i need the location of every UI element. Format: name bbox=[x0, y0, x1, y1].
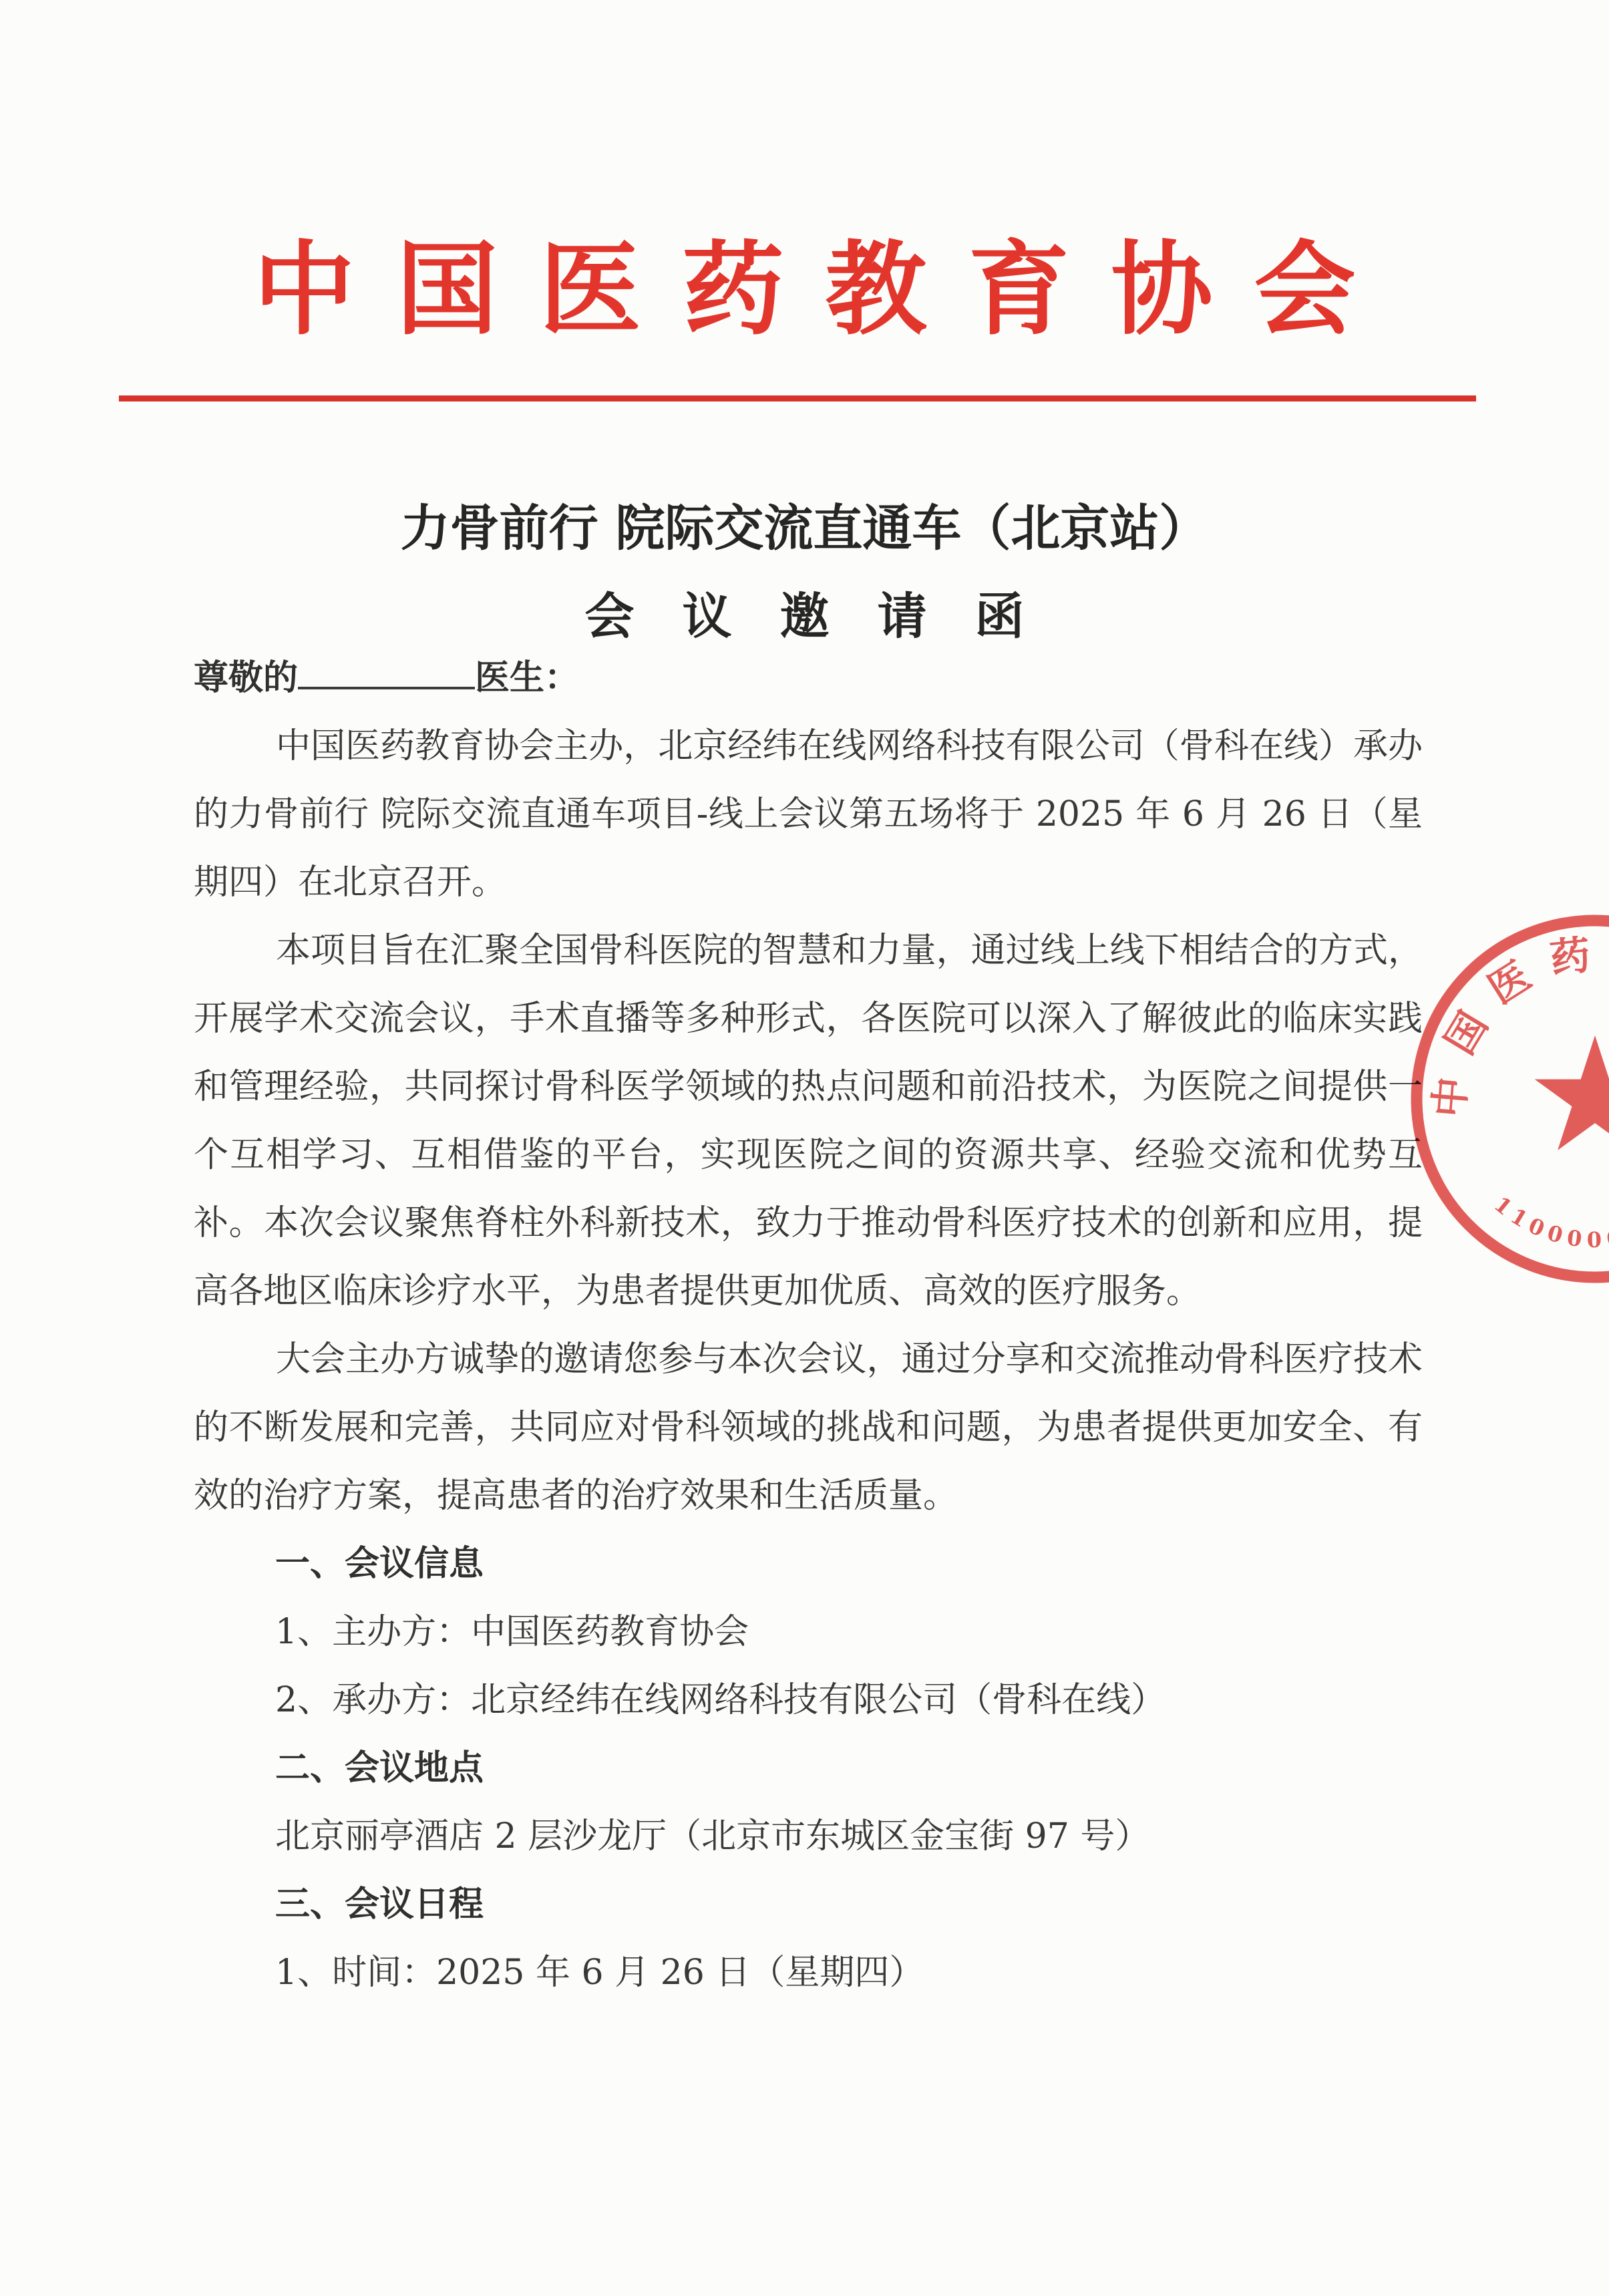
seal-star-icon bbox=[1535, 1035, 1609, 1150]
official-seal: 中国医药教育协会 1100000000000 bbox=[1395, 898, 1609, 1299]
invitation-letter-page: 中国医药教育协会 力骨前行 院际交流直通车（北京站） 会议邀请函 尊敬的医生： … bbox=[0, 0, 1609, 2296]
document-title: 力骨前行 院际交流直通车（北京站） bbox=[0, 489, 1609, 560]
section-item-venue-address: 北京丽亭酒店 2 层沙龙厅（北京市东城区金宝街 97 号） bbox=[194, 1802, 1423, 1870]
seal-ring bbox=[1417, 921, 1609, 1277]
seal-code: 1100000000000 bbox=[1395, 898, 1609, 1253]
paragraph-invitation: 大会主办方诚挚的邀请您参与本次会议，通过分享和交流推动骨科医疗技术的不断发展和完… bbox=[194, 1325, 1423, 1530]
salutation-blank-line bbox=[298, 683, 475, 689]
letter-body: 尊敬的医生： 中国医药教育协会主办，北京经纬在线网络科技有限公司（骨科在线）承办… bbox=[194, 644, 1423, 2007]
paragraph-project: 本项目旨在汇聚全国骨科医院的智慧和力量，通过线上线下相结合的方式，开展学术交流会… bbox=[194, 917, 1423, 1325]
seal-code-holder: 1100000000000 bbox=[1395, 898, 1609, 1253]
letterhead-rule bbox=[119, 395, 1476, 401]
salutation-prefix: 尊敬的 bbox=[194, 657, 298, 698]
section-item-host: 1、主办方：中国医药教育协会 bbox=[194, 1598, 1423, 1666]
seal-arc-text: 中国医药教育协会 bbox=[1426, 930, 1609, 1158]
salutation-suffix: 医生： bbox=[475, 657, 579, 698]
section-heading-venue: 二、会议地点 bbox=[194, 1734, 1423, 1802]
salutation: 尊敬的医生： bbox=[194, 644, 1423, 712]
section-heading-meeting-info: 一、会议信息 bbox=[194, 1530, 1423, 1598]
seal-arc-text-holder: 中国医药教育协会 bbox=[1426, 930, 1609, 1158]
section-item-organizer: 2、承办方：北京经纬在线网络科技有限公司（骨科在线） bbox=[194, 1666, 1423, 1734]
section-heading-agenda: 三、会议日程 bbox=[194, 1870, 1423, 1939]
letterhead-org-name: 中国医药教育协会 bbox=[0, 208, 1609, 354]
paragraph-intro: 中国医药教育协会主办，北京经纬在线网络科技有限公司（骨科在线）承办的力骨前行 院… bbox=[194, 712, 1423, 917]
section-item-date: 1、时间：2025 年 6 月 26 日（星期四） bbox=[194, 1939, 1423, 2007]
document-subtitle: 会议邀请函 bbox=[0, 577, 1609, 648]
